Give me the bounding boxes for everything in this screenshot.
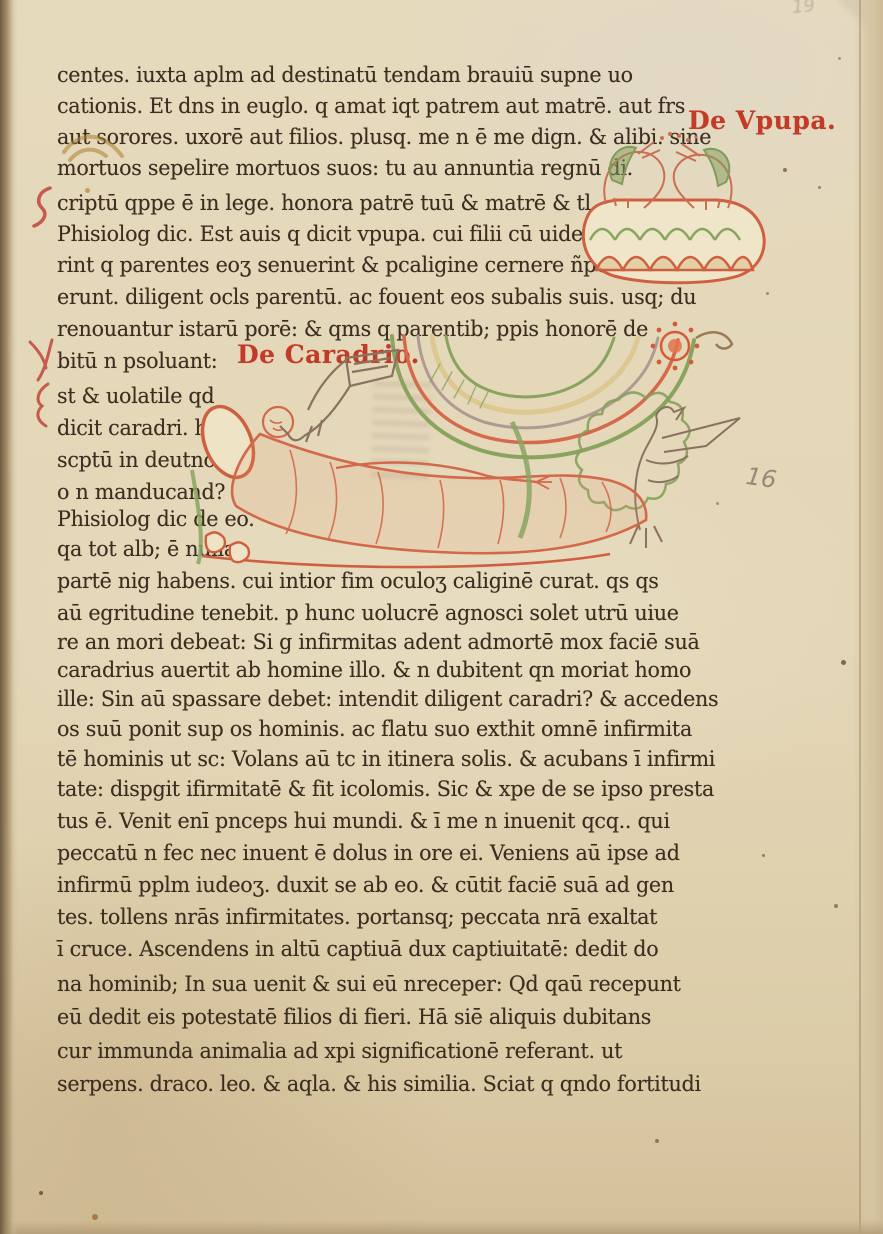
reclining-man: [192, 399, 646, 567]
stain-spot: [818, 186, 821, 189]
stain-spot: [762, 854, 765, 857]
stain-spot: [85, 188, 90, 193]
text-line: Phisiolog dic. Est auis q dicit vpupa. c…: [57, 221, 583, 247]
folio-number-pencil: 16: [744, 462, 778, 494]
stain-spot: [655, 1139, 659, 1143]
stain-spot: [841, 660, 846, 665]
text-line: mortuos sepelire mortuos suos: tu au ann…: [57, 155, 633, 181]
text-line: ille: Sin aū spassare debet: intendit di…: [57, 686, 718, 712]
stain-spot: [92, 1214, 98, 1220]
text-line: peccatū n fec nec inuent ē dolus in ore …: [57, 840, 680, 866]
text-line: serpens. draco. leo. & aqla. & his simil…: [57, 1071, 701, 1097]
binding-shadow: [0, 0, 18, 1234]
text-line: centes. iuxta aplm ad destinatū tendam b…: [57, 62, 633, 88]
hoopoes-on-nest-illustration: [576, 128, 776, 286]
margin-paragraph-mark: [32, 382, 52, 428]
margin-paragraph-mark: [30, 186, 56, 228]
stain-spot: [766, 292, 769, 295]
page-edge-line: [859, 0, 861, 1234]
stain-spot: [834, 904, 838, 908]
text-line: aū egritudine tenebit. p hunc uolucrē ag…: [57, 600, 679, 626]
ascending-bird: [630, 407, 740, 548]
corner-inscription-pencil: 19: [791, 0, 816, 18]
margin-paragraph-mark: [26, 338, 56, 382]
text-line: erunt. diligent ocls parentū. ac fouent …: [57, 284, 696, 310]
text-line: os suū ponit sup os hominis. ac flatu su…: [57, 716, 692, 742]
text-line: eū dedit eis potestatē filios di fieri. …: [57, 1004, 651, 1030]
text-line: caradrius auertit ab homine illo. & n du…: [57, 657, 691, 683]
text-line: tus ē. Venit enī pnceps hui mundi. & ī m…: [57, 808, 670, 834]
stain-spot: [838, 57, 841, 60]
text-line: cur immunda animalia ad xpi significatio…: [57, 1038, 622, 1064]
text-line: re an mori debeat: Si g infirmitas adent…: [57, 629, 700, 655]
text-line: tes. tollens nrās infirmitates. portansq…: [57, 904, 657, 930]
text-line: rint q parentes eoʒ senuerint & pcaligin…: [57, 252, 642, 278]
text-line: na hominib; In sua uenit & sui eū nrecep…: [57, 971, 681, 997]
text-line: infirmū pplm iudeoʒ. duxit se ab eo. & c…: [57, 872, 674, 898]
ink-smudge: [60, 126, 130, 170]
text-line: ī cruce. Ascendens in altū captiuā dux c…: [57, 936, 658, 962]
manuscript-page: centes. iuxta aplm ad destinatū tendam b…: [0, 0, 883, 1234]
text-line: tē hominis ut sc: Volans aū tc in itiner…: [57, 746, 715, 772]
text-line: cationis. Et dns in euglo. q amat iqt pa…: [57, 93, 685, 119]
text-line: criptū qppe ē in lege. honora patrē tuū …: [57, 190, 591, 216]
caladrius-and-sick-man-illustration: [140, 330, 790, 578]
stain-spot: [783, 168, 787, 172]
caladrius-bird: [280, 350, 398, 442]
stain-spot: [716, 502, 719, 505]
stain-spot: [39, 1191, 43, 1195]
text-line: tate: dispgit ifirmitatē & fit icolomis.…: [57, 776, 714, 802]
page-edge-bottom: [0, 1220, 883, 1234]
page-edge-right: [853, 0, 883, 1234]
